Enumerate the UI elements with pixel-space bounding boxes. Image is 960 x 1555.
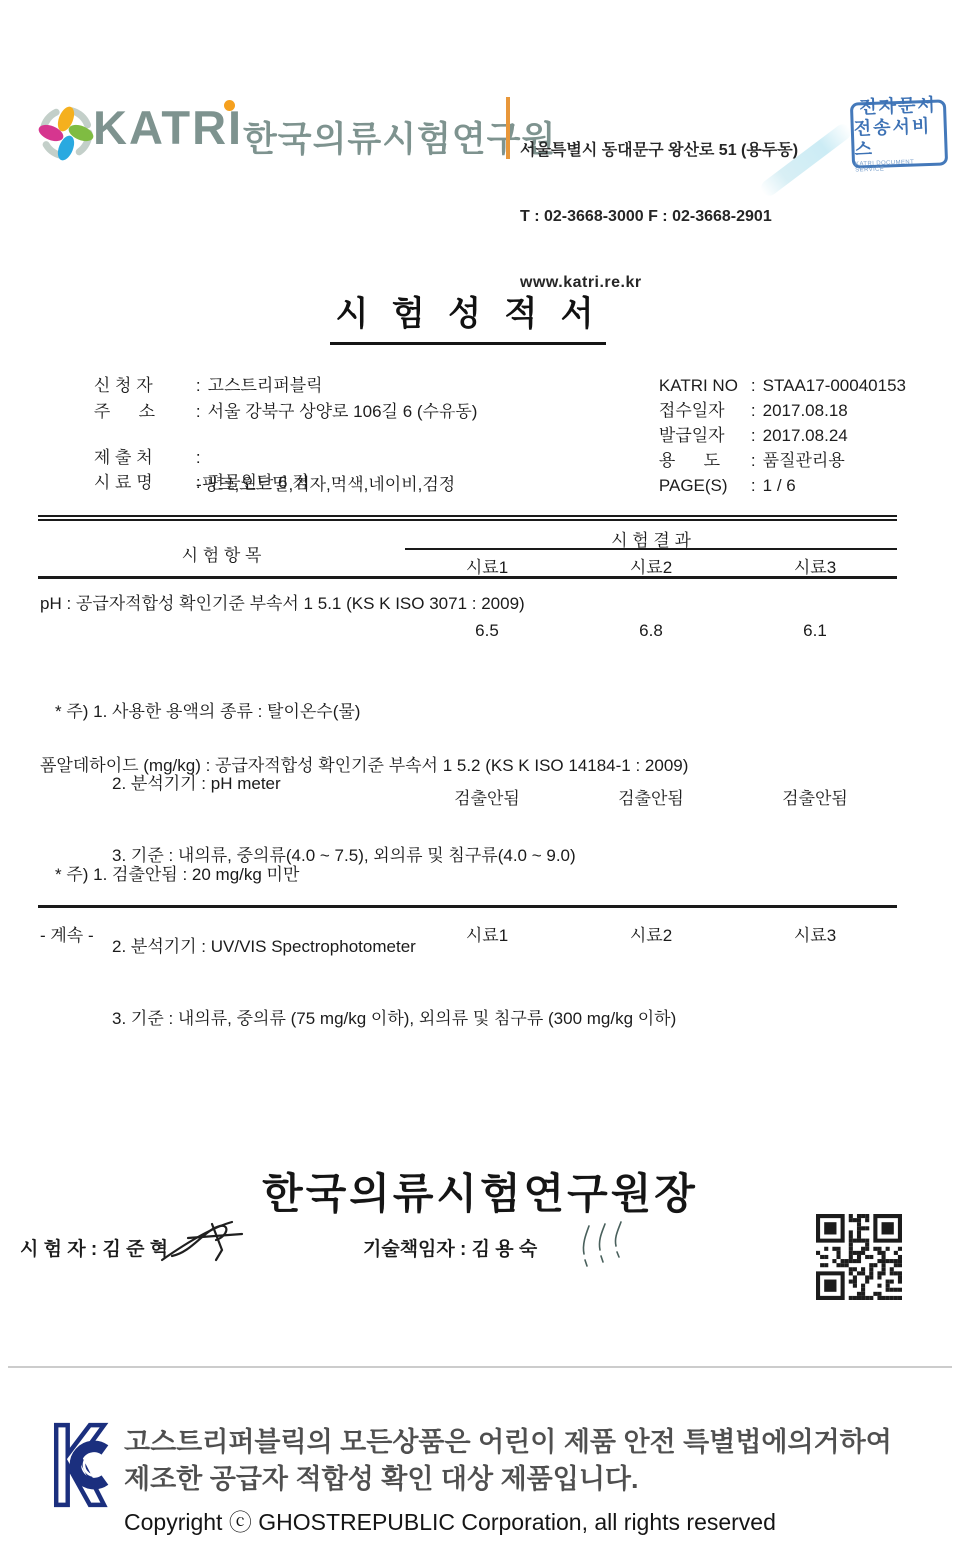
- formaldehyde-sample1-value: 검출안됨: [405, 784, 569, 809]
- test-item-header: 시 험 항 목: [38, 541, 405, 566]
- tester-name: 시 험 자 : 김 준 혁: [20, 1234, 168, 1261]
- colon: :: [190, 402, 208, 421]
- formaldehyde-notes: * 주) 1. 검출안됨 : 20 mg/kg 미만 2. 분석기기 : UV/…: [38, 815, 676, 1079]
- formaldehyde-sample3-value: 검출안됨: [733, 784, 897, 809]
- test-report-page: KATRI 한국의류시험연구원 서울특별시 동대문구 왕산로 51 (용두동) …: [0, 0, 960, 1555]
- table-bottom-rule: [38, 905, 897, 908]
- document-title: 시 험 성 적 서: [330, 286, 606, 345]
- colon: :: [745, 476, 763, 495]
- pages-label: PAGE(S): [659, 476, 745, 496]
- stamp-caption: KATRI DOCUMENT SERVICE: [855, 158, 945, 173]
- continued-sample2-header: 시료2: [569, 921, 733, 946]
- pages-value: 1 / 6: [763, 476, 796, 495]
- manager-signature: [574, 1220, 632, 1276]
- sample-name-label: 시 료 명: [94, 473, 190, 493]
- kc-notice-line-1: 고스트리퍼블릭의 모든상품은 어린이 제품 안전 특별법에의거하여: [124, 1420, 892, 1459]
- technical-manager-name: 기술책임자 : 김 용 숙: [363, 1234, 537, 1261]
- qr-code: [816, 1214, 902, 1300]
- formaldehyde-sample2-value: 검출안됨: [569, 784, 733, 809]
- address-label: 주 소: [94, 402, 190, 422]
- director-title: 한국의류시험연구원장: [0, 1161, 960, 1221]
- table-top-rule: [38, 515, 897, 521]
- kc-notice-line-2: 제조한 공급자 적합성 확인 대상 제품입니다.: [124, 1457, 638, 1496]
- sample2-header: 시료2: [569, 553, 733, 578]
- sample-colors-line: -핑크,오트밀,겨자,먹색,네이비,검정: [196, 470, 455, 495]
- stamp-text-line-1: 전자문서: [859, 95, 937, 119]
- result-header-underline: [405, 548, 897, 550]
- formaldehyde-note-3: 3. 기준 : 내의류, 중의류 (75 mg/kg 이하), 외의류 및 침구…: [112, 1007, 676, 1031]
- tester-signature: [158, 1216, 250, 1270]
- sample3-header: 시료3: [733, 553, 897, 578]
- kc-certification-logo: [50, 1420, 112, 1510]
- formaldehyde-note-1: * 주) 1. 검출안됨 : 20 mg/kg 미만: [55, 863, 676, 887]
- katri-pinwheel-icon: [34, 104, 98, 162]
- katri-logo-text: KATRI: [93, 100, 243, 155]
- pages-row: PAGE(S):1 / 6: [640, 456, 796, 516]
- qr-modules: [816, 1214, 902, 1300]
- ph-note-1: * 주) 1. 사용한 용액의 종류 : 탈이온수(물): [55, 700, 576, 724]
- header-divider: [506, 97, 510, 159]
- continued-label: - 계속 -: [40, 921, 94, 946]
- bottom-divider: [8, 1366, 952, 1368]
- results-table: 시 험 항 목 시 험 결 과 시료1 시료2 시료3 pH : 공급자적합성 …: [38, 515, 897, 960]
- address-value: 서울 강북구 상양로 106길 6 (수유동): [208, 402, 478, 421]
- stamp-text-line-2: 전송서비스: [853, 115, 944, 160]
- copyright-line: Copyright ⓒ GHOSTREPUBLIC Corporation, a…: [124, 1504, 776, 1537]
- e-document-stamp: 전자문서 전송서비스 KATRI DOCUMENT SERVICE: [850, 99, 948, 168]
- ph-sample1-value: 6.5: [405, 621, 569, 641]
- formaldehyde-test-heading: 폼알데하이드 (mg/kg) : 공급자적합성 확인기준 부속서 1 5.2 (…: [40, 751, 688, 776]
- address-line-1: 서울특별시 동대문구 왕산로 51 (용두동): [520, 140, 798, 162]
- logo-i-dot: [224, 100, 235, 111]
- continued-sample3-header: 시료3: [733, 921, 897, 946]
- ph-sample2-value: 6.8: [569, 621, 733, 641]
- address-line-2: T : 02-3668-3000 F : 02-3668-2901: [520, 206, 798, 228]
- ph-test-heading: pH : 공급자적합성 확인기준 부속서 1 5.1 (KS K ISO 307…: [40, 589, 525, 614]
- continued-sample1-header: 시료1: [405, 921, 569, 946]
- sample1-header: 시료1: [405, 553, 569, 578]
- ph-sample3-value: 6.1: [733, 621, 897, 641]
- table-header-rule: [38, 576, 897, 579]
